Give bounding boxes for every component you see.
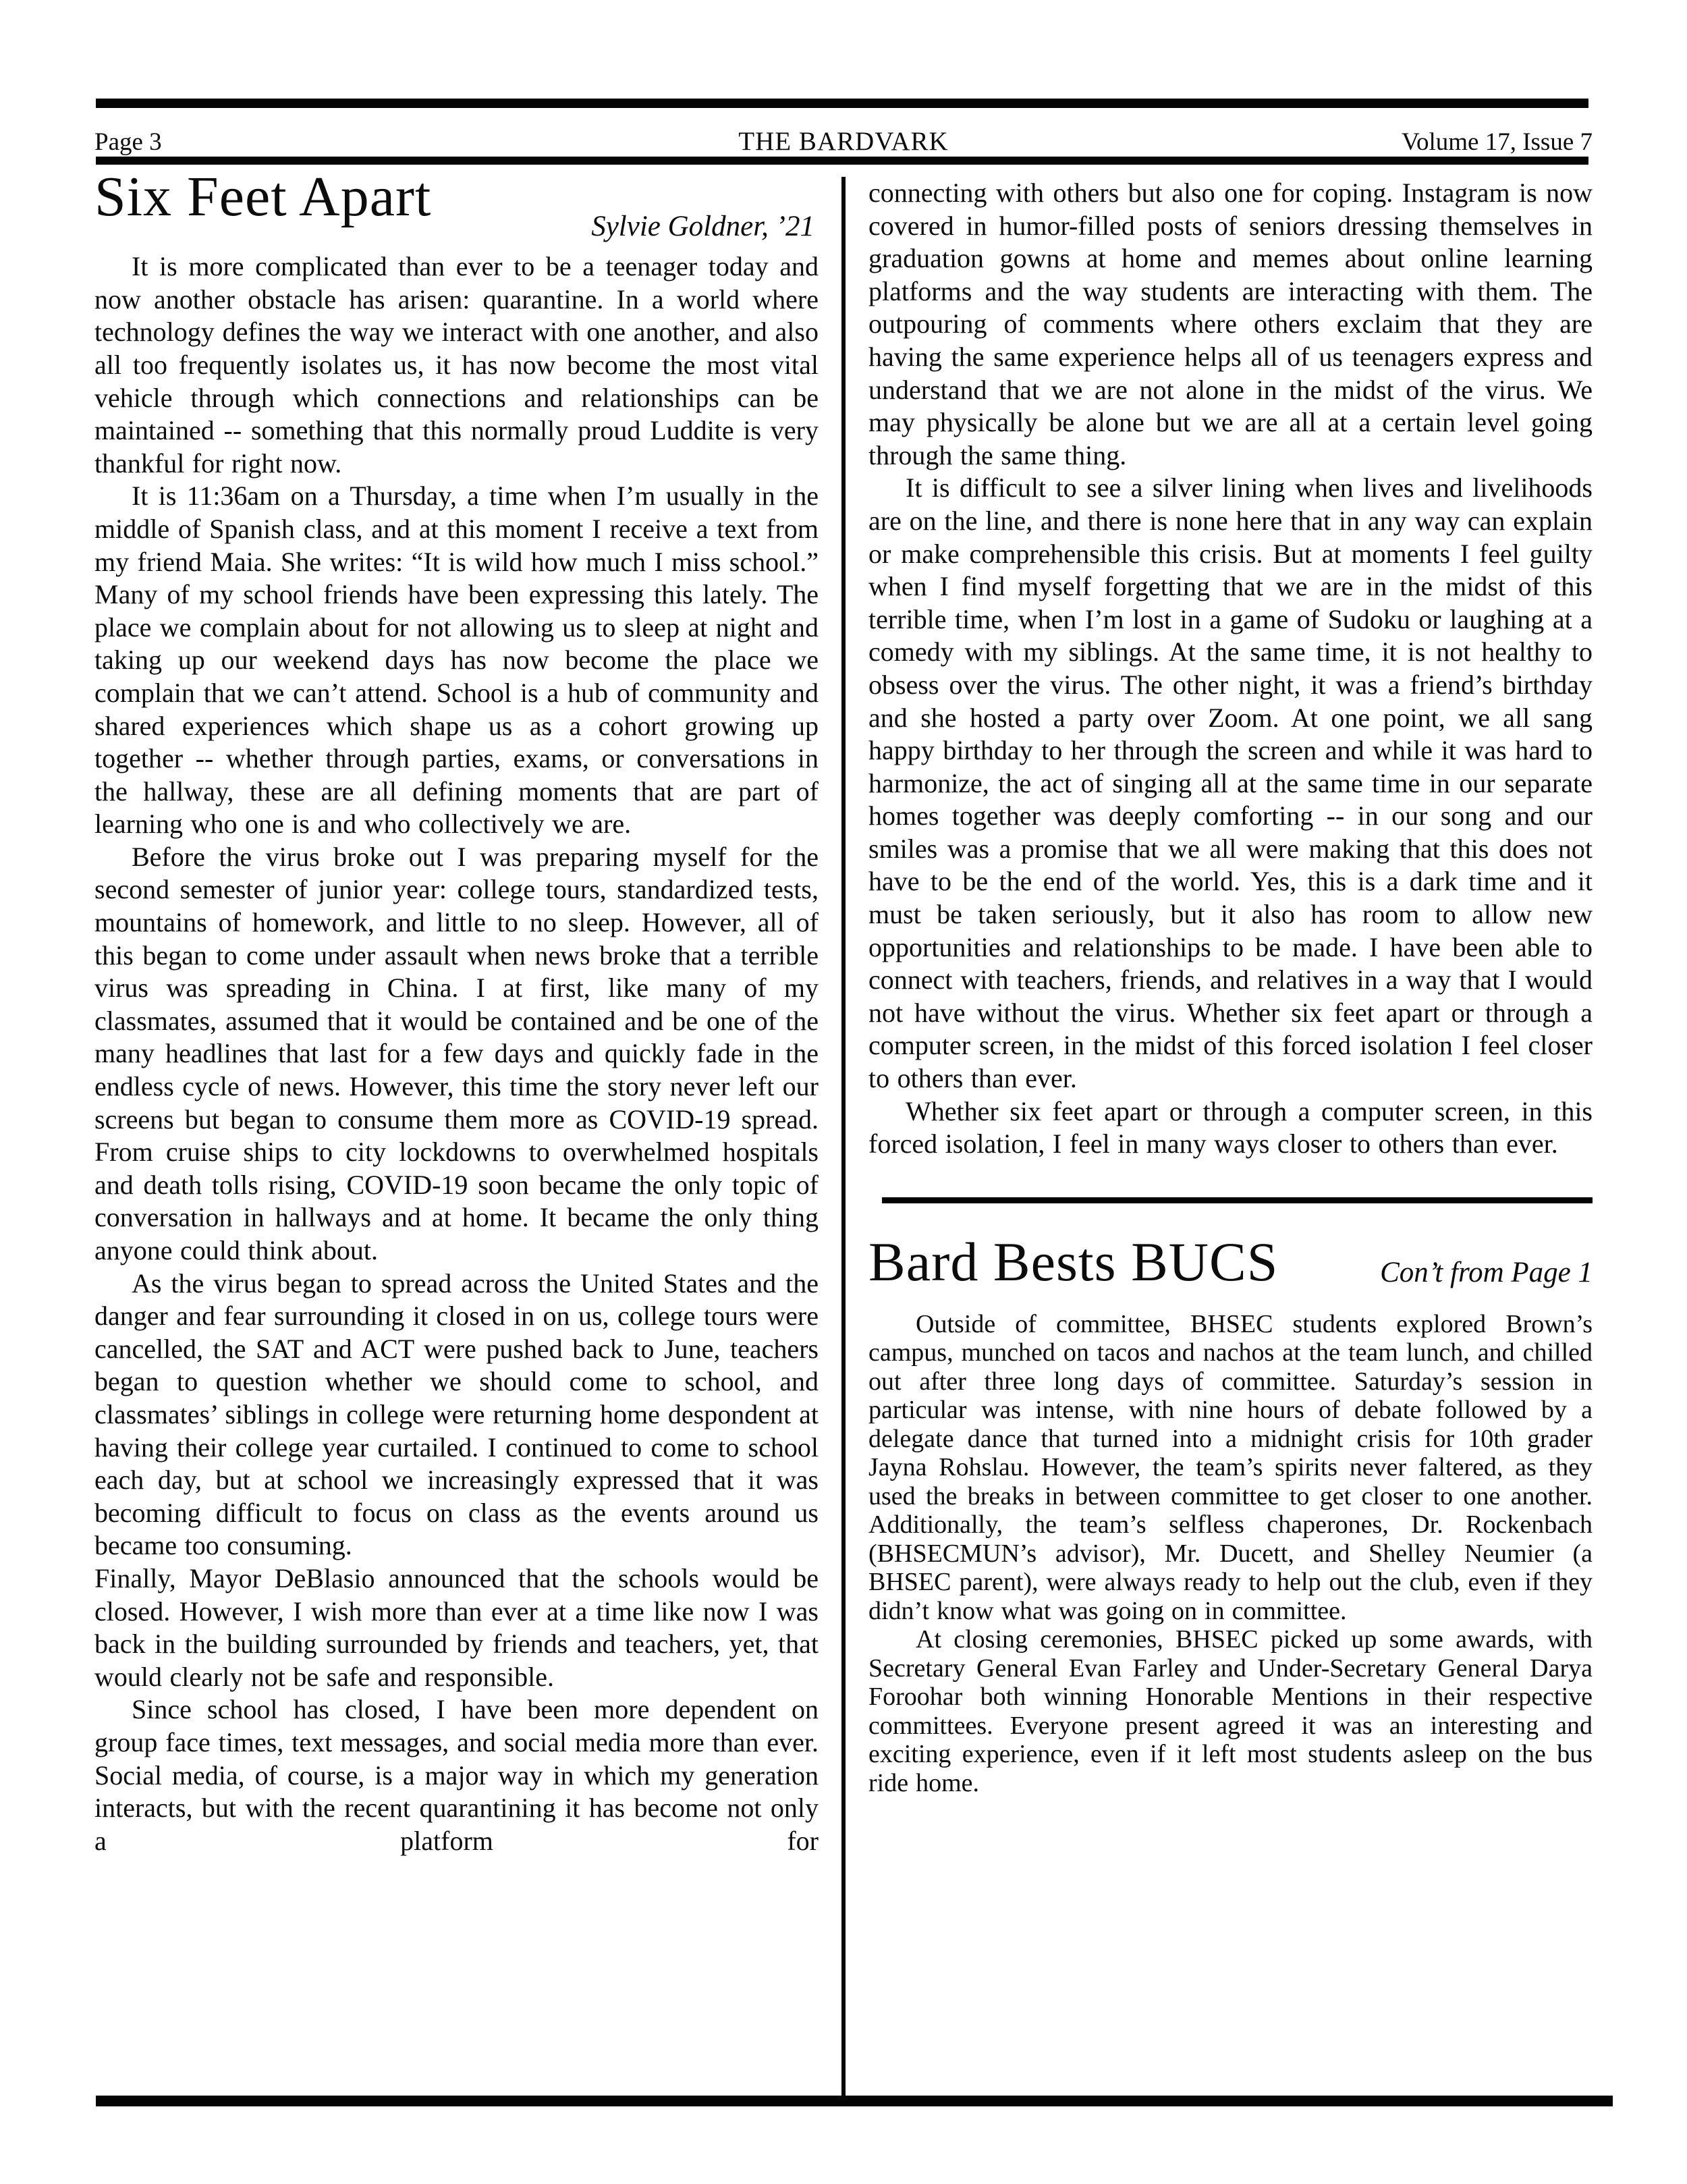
page-content: Six Feet Apart Sylvie Goldner, ’21 It is… — [94, 177, 1593, 2096]
top-rule — [96, 99, 1588, 108]
continuation-note: Con’t from Page 1 — [1380, 1258, 1593, 1290]
article-paragraph: connecting with others but also one for … — [868, 177, 1593, 472]
article-paragraph: It is more complicated than ever to be a… — [94, 250, 819, 480]
page-number: Page 3 — [94, 130, 472, 155]
article-paragraph: Outside of committee, BHSEC students exp… — [868, 1310, 1593, 1626]
article-separator-rule — [882, 1197, 1593, 1203]
masthead-title: THE BARDVARK — [506, 128, 1181, 155]
article-title-bard-bests-bucs: Bard Bests BUCS — [868, 1234, 1278, 1290]
issue-info: Volume 17, Issue 7 — [1215, 130, 1593, 155]
column-divider-rule — [841, 177, 846, 2096]
page-header: Page 3 THE BARDVARK Volume 17, Issue 7 — [94, 110, 1593, 155]
article-paragraph: Whether six feet apart or through a comp… — [868, 1095, 1593, 1161]
right-column: connecting with others but also one for … — [868, 177, 1593, 2096]
article-paragraph: As the virus began to spread across the … — [94, 1267, 819, 1562]
article-paragraph: Since school has closed, I have been mor… — [94, 1693, 819, 1857]
header-rule — [96, 157, 1588, 165]
article-paragraph: Before the virus broke out I was prepari… — [94, 841, 819, 1267]
bottom-rule — [96, 2096, 1613, 2106]
article-paragraph: It is 11:36am on a Thursday, a time when… — [94, 480, 819, 841]
article-paragraph: It is difficult to see a silver lining w… — [868, 472, 1593, 1095]
article-paragraph: At closing ceremonies, BHSEC picked up s… — [868, 1625, 1593, 1797]
article-paragraph: Finally, Mayor DeBlasio announced that t… — [94, 1562, 819, 1693]
left-column: Six Feet Apart Sylvie Goldner, ’21 It is… — [94, 177, 819, 2096]
newspaper-page: Page 3 THE BARDVARK Volume 17, Issue 7 S… — [0, 0, 1687, 2184]
article-header-bard-bests-bucs: Bard Bests BUCS Con’t from Page 1 — [868, 1234, 1593, 1290]
